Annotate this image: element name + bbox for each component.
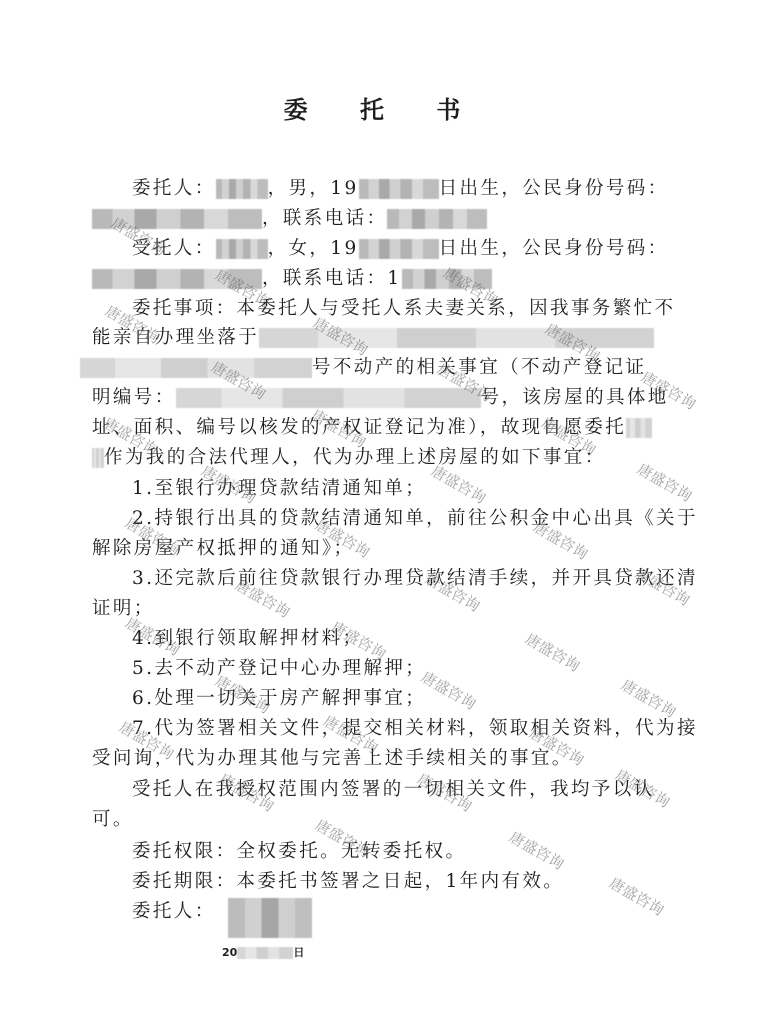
redacted-name [216, 239, 268, 259]
redacted-phone [387, 209, 487, 229]
item-1: 1.至银行办理贷款结清通知单； [132, 477, 426, 501]
watermark: 唐盛咨询 [522, 628, 584, 676]
item-3-cont: 证明； [92, 597, 155, 621]
watermark: 唐盛咨询 [506, 826, 568, 874]
redacted-certificate-number [176, 388, 481, 408]
watermark: 唐盛咨询 [606, 872, 668, 920]
redacted-phone [402, 269, 492, 289]
redacted-name [216, 179, 268, 199]
item-6: 6.处理一切关于房产解押事宜； [132, 687, 426, 711]
power-of-attorney-document: 委 托 书 委托人：，男，19日出生，公民身份号码： ，联系电话： 受托人：，女… [0, 0, 766, 1024]
item-2: 2.持银行出具的贷款结清通知单，前往公积金中心出具《关于 [132, 507, 698, 531]
ratification-cont: 可。 [92, 808, 134, 832]
watermark: 唐盛咨询 [634, 458, 696, 506]
redacted-date [237, 947, 293, 959]
authority-scope: 委托权限：全权委托。无转委托权。 [132, 840, 466, 864]
redacted-birthdate [359, 179, 439, 199]
watermark: 唐盛咨询 [618, 674, 680, 722]
ratification-line: 受托人在我授权范围内签署的一切相关文件，我均予以认 [132, 778, 655, 802]
redacted-signature [228, 898, 312, 938]
redacted-id-number [92, 209, 262, 229]
item-5: 5.去不动产登记中心办理解押； [132, 657, 426, 681]
signature-date: 20日 [222, 944, 304, 960]
matter-line: 委托事项：本委托人与受托人系夫妻关系，因我事务繁忙不 [132, 297, 675, 321]
matter-line: 号不动产的相关事宜（不动产登记证 [92, 356, 646, 380]
item-7: 7.代为签署相关文件，提交相关材料，领取相关资料，代为接 [132, 717, 698, 741]
item-2-cont: 解除房屋产权抵押的通知》； [92, 537, 354, 561]
watermark: 唐盛咨询 [418, 666, 480, 714]
redacted-name [92, 448, 104, 468]
principal-line: 委托人：，男，19日出生，公民身份号码： [132, 177, 669, 201]
item-7-cont: 受问询，代为办理其他与完善上述手续相关的事宜。 [92, 747, 573, 771]
agent-contact-line: ，联系电话：1 [92, 267, 492, 291]
redacted-address [80, 358, 312, 378]
matter-line: 址、面积、编号以核发的产权证登记为准），故现自愿委托 [92, 416, 652, 440]
document-title: 委 托 书 [0, 90, 766, 125]
principal-contact-line: ，联系电话： [92, 207, 487, 231]
redacted-id-number [92, 269, 262, 289]
matter-line: 明编号：号，该房屋的具体地 [92, 386, 669, 410]
item-3: 3.还完款后前往贷款银行办理贷款结清手续，并开具贷款还清 [132, 567, 698, 591]
redacted-birthdate [359, 239, 439, 259]
agent-line: 受托人：，女，19日出生，公民身份号码： [132, 237, 669, 261]
principal-signature-label: 委托人： [132, 900, 216, 924]
authority-period: 委托期限：本委托书签署之日起，1年内有效。 [132, 870, 564, 894]
redacted-name [626, 418, 652, 438]
matter-line: 作为我的合法代理人，代为办理上述房屋的如下事宜： [92, 446, 606, 470]
item-4: 4.到银行领取解押材料； [132, 627, 363, 651]
redacted-address [259, 328, 654, 348]
matter-line: 能亲自办理坐落于 [92, 326, 654, 350]
